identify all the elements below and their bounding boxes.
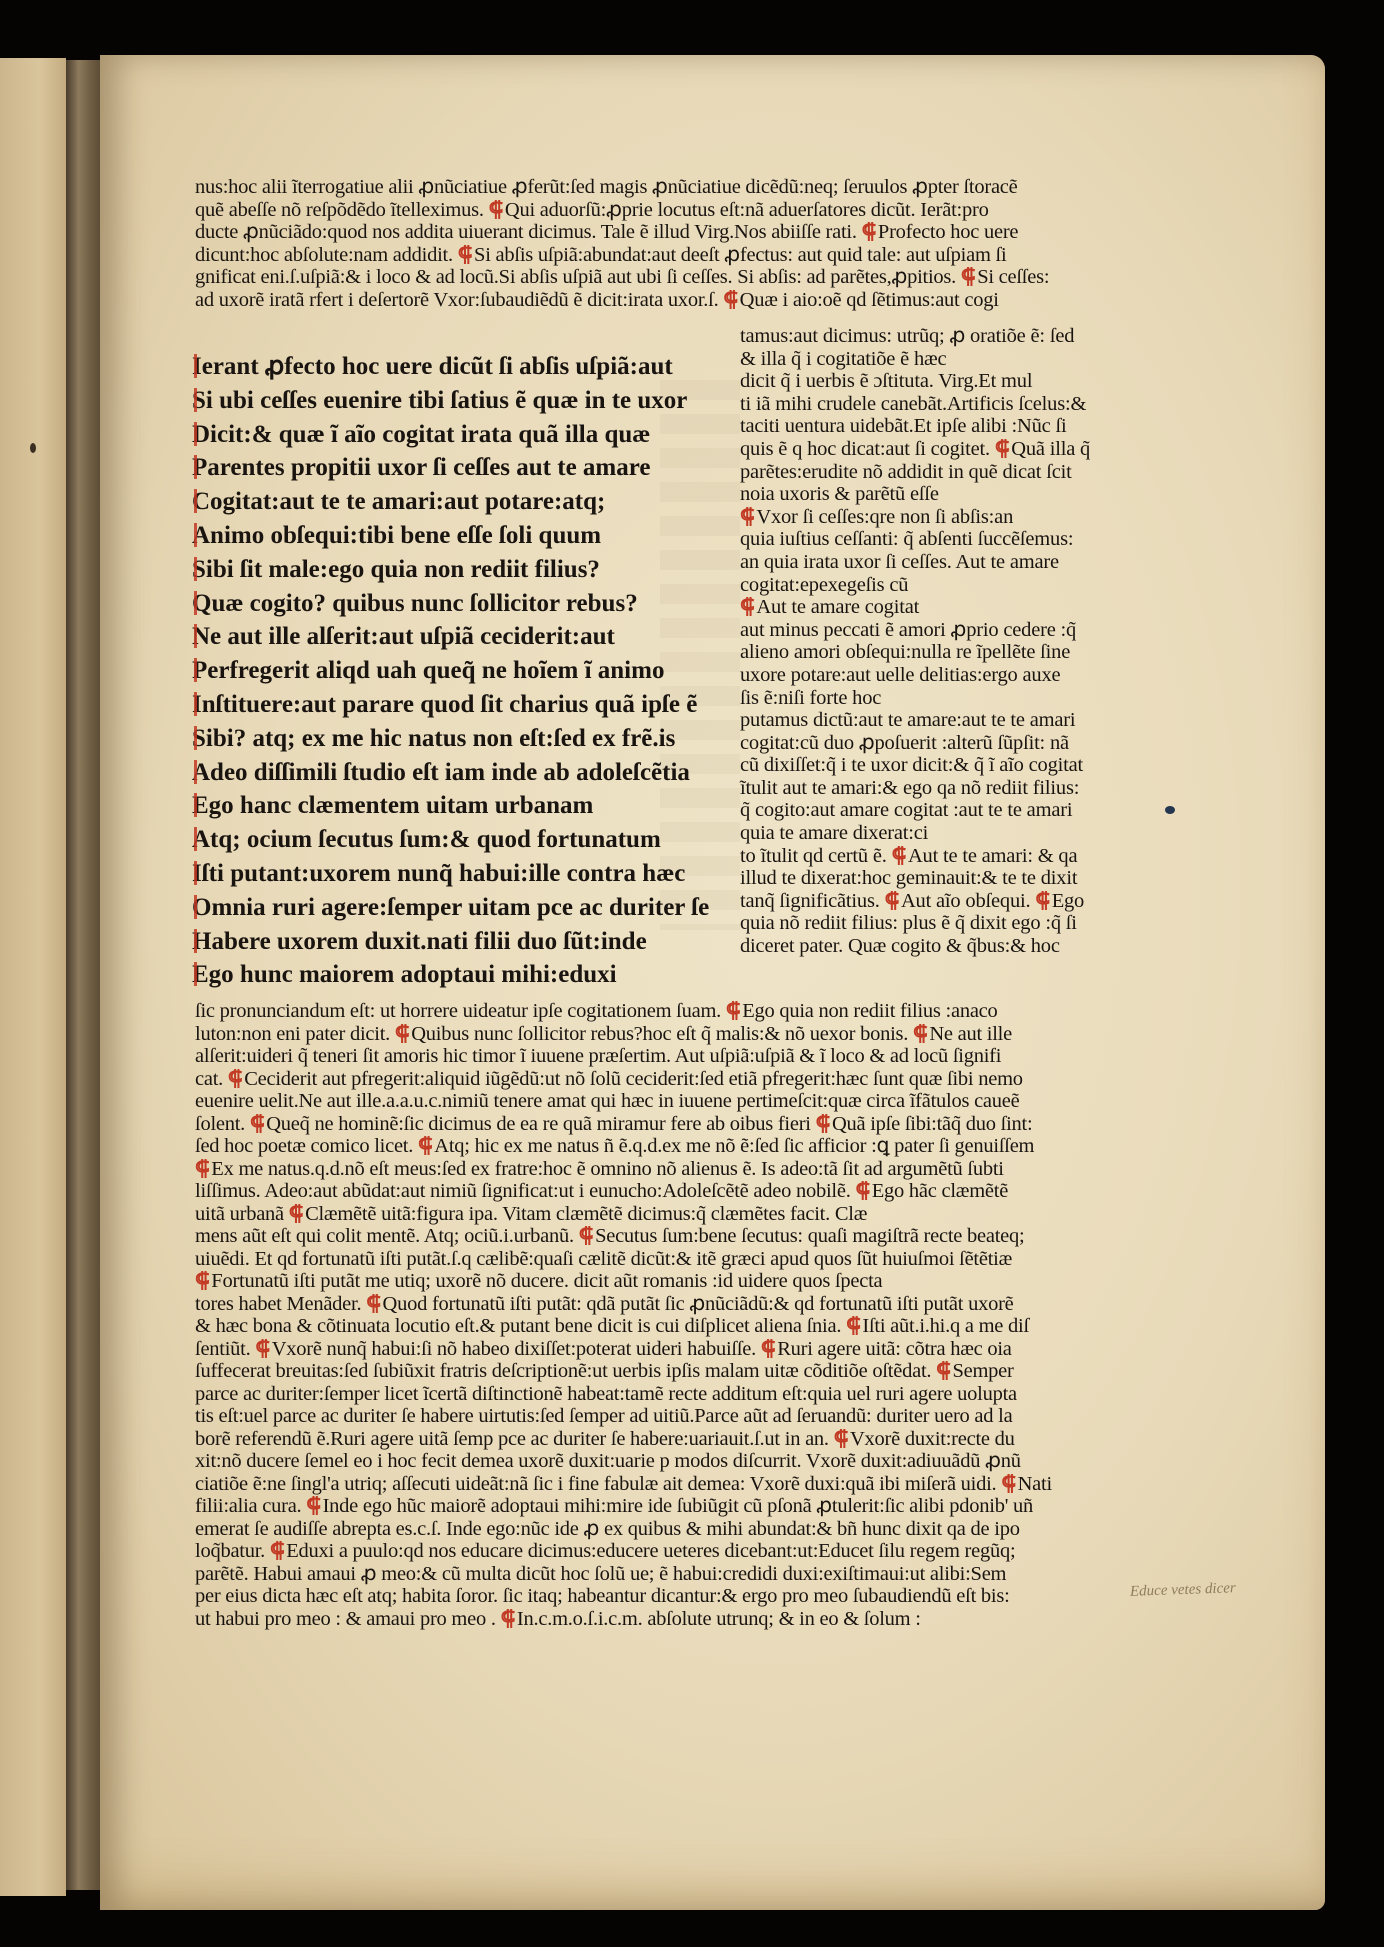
- verse-line: Animo obſequi:tibi bene eſſe ſoli quum: [192, 519, 709, 553]
- commentary-line: cogitat:cũ duo ꝓpoſuerit :alterũ ſũpſit:…: [740, 732, 1090, 755]
- rubric-paragraph-mark-icon: ⸿: [816, 1113, 830, 1135]
- commentary-line: parẽtes:erudite nõ addidit in quẽ dicat …: [740, 461, 1090, 484]
- commentary-line: loq̃batur. ⸿Eduxi a puulo:qd nos educare…: [195, 1540, 1135, 1563]
- commentary-line: alſerit:uideri q̃ teneri ſit amoris hic …: [195, 1045, 1135, 1068]
- commentary-line: ſed hoc poetæ comico licet. ⸿Atq; hic ex…: [195, 1135, 1135, 1158]
- commentary-line: diceret pater. Quæ cogito & q̃bus:& hoc: [740, 935, 1090, 958]
- verse-line: Ego hunc maiorem adoptaui mihi:eduxi: [192, 958, 709, 992]
- commentary-line: ti iã mihi crudele canebãt.Artificis ſce…: [740, 393, 1090, 416]
- commentary-line: dicit q̃ i uerbis ẽ ɔſtituta. Virg.Et mu…: [740, 370, 1090, 393]
- commentary-line: cũ dixiſſet:q̃ i te uxor dicit:& q̃ ĩ aĩ…: [740, 754, 1090, 777]
- commentary-line: ſolent. ⸿Queq̃ ne hominẽ:ſic dicimus de …: [195, 1113, 1135, 1136]
- commentary-line: quia te amare dixerat:ci: [740, 822, 1090, 845]
- commentary-line: tis eſt:uel parce ac duriter ſe habere u…: [195, 1405, 1135, 1428]
- commentary-line: quẽ abeſſe nõ reſpõdẽdo ĩtelleximus. ⸿Qu…: [195, 199, 1135, 222]
- commentary-right-column: tamus:aut dicimus: utrũq; ꝓ oratiõe ẽ: ſ…: [740, 325, 1090, 958]
- commentary-line: aut minus peccati ẽ amori ꝓprio cedere :…: [740, 619, 1090, 642]
- commentary-line: nus:hoc alii ĩterrogatiue alii ꝓnũciatiu…: [195, 176, 1135, 199]
- commentary-line: ⸿Fortunatũ iſti putãt me utiq; uxorẽ nõ …: [195, 1270, 1135, 1293]
- commentary-line: taciti uentura uidebãt.Et ipſe alibi :Nũ…: [740, 415, 1090, 438]
- commentary-line: filii:alia cura. ⸿Inde ego hũc maiorẽ ad…: [195, 1495, 1135, 1518]
- commentary-line: ſentiũt. ⸿Vxorẽ nunq̃ habui:ſi nõ habeo …: [195, 1338, 1135, 1361]
- commentary-line: ut habui pro meo : & amaui pro meo . ⸿In…: [195, 1608, 1135, 1631]
- verse-line: Habere uxorem duxit.nati filii duo ſũt:i…: [192, 925, 709, 959]
- commentary-line: tanq̃ ſignificãtius. ⸿Aut aĩo obſequi. ⸿…: [740, 890, 1090, 913]
- verse-line: Ego hanc clæmentem uitam urbanam: [192, 789, 709, 823]
- commentary-line: cogitat:epexegeſis cũ: [740, 574, 1090, 597]
- commentary-line: ĩtulit aut te amari:& ego qa nõ rediit f…: [740, 777, 1090, 800]
- commentary-line: quia nõ rediit filius: plus ẽ q̃ dixit e…: [740, 912, 1090, 935]
- rubric-paragraph-mark-icon: ⸿: [228, 1068, 242, 1090]
- rubric-paragraph-mark-icon: ⸿: [1035, 890, 1049, 912]
- commentary-line: emerat ſe audiſſe abrepta es.c.ſ. Inde e…: [195, 1518, 1135, 1541]
- commentary-line: per eius dicta hæc eſt atq; habita ſoror…: [195, 1585, 1135, 1608]
- verse-line: Quæ cogito? quibus nunc ſollicitor rebus…: [192, 587, 709, 621]
- rubric-paragraph-mark-icon: ⸿: [195, 1270, 209, 1292]
- commentary-line: q̃ cogito:aut amare cogitat :aut te te a…: [740, 799, 1090, 822]
- verse-line: Sibi? atq; ex me hic natus non eſt:ſed e…: [192, 722, 709, 756]
- commentary-line: luton:non eni pater dicit. ⸿Quibus nunc …: [195, 1023, 1135, 1046]
- commentary-line: mens aũt eſt qui colit mentẽ. Atq; ociũ.…: [195, 1225, 1135, 1248]
- rubric-paragraph-mark-icon: ⸿: [395, 1023, 409, 1045]
- verse-line: Cogitat:aut te te amari:aut potare:atq;: [192, 485, 709, 519]
- rubric-paragraph-mark-icon: ⸿: [740, 596, 754, 618]
- verse-line: Adeo diſſimili ſtudio eſt iam inde ab ad…: [192, 756, 709, 790]
- commentary-line: ⸿Aut te amare cogitat: [740, 596, 1090, 619]
- commentary-line: liſſimus. Adeo:aut abũdat:aut nimiũ ſign…: [195, 1180, 1135, 1203]
- ink-blot: [30, 443, 36, 453]
- commentary-line: cat. ⸿Ceciderit aut pfregerit:aliquid iũ…: [195, 1068, 1135, 1091]
- commentary-line: ſic pronunciandum eſt: ut horrere uideat…: [195, 1000, 1135, 1023]
- commentary-line: uiuẽdi. Et qd fortunatũ iſti putãt.ſ.q c…: [195, 1248, 1135, 1271]
- commentary-line: uxore potare:aut uelle delitias:ergo aux…: [740, 664, 1090, 687]
- rubric-paragraph-mark-icon: ⸿: [740, 506, 754, 528]
- rubric-paragraph-mark-icon: ⸿: [723, 289, 737, 311]
- rubric-paragraph-mark-icon: ⸿: [289, 1203, 303, 1225]
- commentary-line: ſuffecerat breuitas:ſed ſubiũxit fratris…: [195, 1360, 1135, 1383]
- commentary-line: dicunt:hoc abſolute:nam addidit. ⸿Si abſ…: [195, 244, 1135, 267]
- commentary-line: ad uxorẽ iratã rfert i deſertorẽ Vxor:ſu…: [195, 289, 1135, 312]
- commentary-line: ciatiõe ẽ:ne ſingl'a utriq; aſſecuti uid…: [195, 1473, 1135, 1496]
- rubric-paragraph-mark-icon: ⸿: [489, 199, 503, 221]
- rubric-paragraph-mark-icon: ⸿: [458, 244, 472, 266]
- commentary-line: xit:nõ ducere ſemel eo i hoc fecit demea…: [195, 1450, 1135, 1473]
- rubric-paragraph-mark-icon: ⸿: [306, 1495, 320, 1517]
- verse-line: Ierant ꝓfecto hoc uere dicũt ſi abſis uſ…: [192, 350, 709, 384]
- commentary-line: quis ẽ q hoc dicat:aut ſi cogitet. ⸿Quã …: [740, 438, 1090, 461]
- verse-line: Si ubi ceſſes euenire tibi ſatius ẽ quæ …: [192, 384, 709, 418]
- verse-line: Inſtituere:aut parare quod ſit charius q…: [192, 688, 709, 722]
- rubric-paragraph-mark-icon: ⸿: [995, 438, 1009, 460]
- verse-line: Iſti putant:uxorem nunq̃ habui:ille cont…: [192, 857, 709, 891]
- rubric-paragraph-mark-icon: ⸿: [250, 1113, 264, 1135]
- commentary-line: ⸿Ex me natus.q.d.nõ eſt meus:ſed ex frat…: [195, 1158, 1135, 1181]
- rubric-paragraph-mark-icon: ⸿: [1001, 1473, 1015, 1495]
- commentary-line: to ĩtulit qd certũ ẽ. ⸿Aut te te amari: …: [740, 845, 1090, 868]
- commentary-line: noia uxoris & parẽtũ eſſe: [740, 483, 1090, 506]
- rubric-paragraph-mark-icon: ⸿: [862, 221, 876, 243]
- rubric-paragraph-mark-icon: ⸿: [418, 1135, 432, 1157]
- commentary-line: tamus:aut dicimus: utrũq; ꝓ oratiõe ẽ: ſ…: [740, 325, 1090, 348]
- rubric-paragraph-mark-icon: ⸿: [501, 1608, 515, 1630]
- commentary-line: euenire uelit.Ne aut ille.a.a.u.c.nimiũ …: [195, 1090, 1135, 1113]
- rubric-paragraph-mark-icon: ⸿: [270, 1540, 284, 1562]
- commentary-line: gnificat eni.ſ.uſpiã:& i loco & ad locũ.…: [195, 266, 1135, 289]
- rubric-paragraph-mark-icon: ⸿: [834, 1428, 848, 1450]
- rubric-paragraph-mark-icon: ⸿: [885, 890, 899, 912]
- commentary-line: uitã urbanã ⸿Clæmẽtẽ uitã:figura ipa. Vi…: [195, 1203, 1135, 1226]
- commentary-line: & hæc bona & cõtinuata locutio eſt.& put…: [195, 1315, 1135, 1338]
- ink-blot: [1165, 806, 1175, 814]
- commentary-line: ⸿Vxor ſi ceſſes:qre non ſi abſis:an: [740, 506, 1090, 529]
- rubric-paragraph-mark-icon: ⸿: [855, 1180, 869, 1202]
- rubric-paragraph-mark-icon: ⸿: [579, 1225, 593, 1247]
- commentary-line: an quia irata uxor ſi ceſſes. Aut te ama…: [740, 551, 1090, 574]
- verse-line: Sibi ſit male:ego quia non rediit filius…: [192, 553, 709, 587]
- commentary-line: ſis ẽ:niſi forte hoc: [740, 687, 1090, 710]
- commentary-line: tores habet Menãder. ⸿Quod fortunatũ iſt…: [195, 1293, 1135, 1316]
- rubric-paragraph-mark-icon: ⸿: [195, 1158, 209, 1180]
- previous-leaf-edge: [0, 58, 66, 1896]
- rubric-paragraph-mark-icon: ⸿: [913, 1023, 927, 1045]
- commentary-top: nus:hoc alii ĩterrogatiue alii ꝓnũciatiu…: [195, 176, 1135, 311]
- play-text-verse: Ierant ꝓfecto hoc uere dicũt ſi abſis uſ…: [192, 350, 709, 992]
- commentary-line: borẽ referendũ ẽ.Ruri agere uitã ſemp pc…: [195, 1428, 1135, 1451]
- rubric-paragraph-mark-icon: ⸿: [961, 266, 975, 288]
- commentary-line: quia iuſtius ceſſanti: q̃ abſenti ſuccẽſ…: [740, 528, 1090, 551]
- commentary-line: & illa q̃ i cogitatiõe ẽ hæc: [740, 348, 1090, 371]
- rubric-paragraph-mark-icon: ⸿: [892, 845, 906, 867]
- rubric-paragraph-mark-icon: ⸿: [255, 1338, 269, 1360]
- commentary-line: parẽtẽ. Habui amaui ꝓ meo:& cũ multa dic…: [195, 1563, 1135, 1586]
- rubric-paragraph-mark-icon: ⸿: [761, 1338, 775, 1360]
- verse-line: Atq; ocium ſecutus ſum:& quod fortunatum: [192, 823, 709, 857]
- verse-line: Dicit:& quæ ĩ aĩo cogitat irata quã illa…: [192, 418, 709, 452]
- commentary-line: illud te dixerat:hoc geminauit:& te te d…: [740, 867, 1090, 890]
- commentary-line: parce ac duriter:ſemper licet ĩcertã diſ…: [195, 1383, 1135, 1406]
- binding-gutter: [66, 60, 102, 1890]
- commentary-line: alieno amori obſequi:nulla re ĩpellẽte ſ…: [740, 641, 1090, 664]
- commentary-line: putamus dictũ:aut te amare:aut te te ama…: [740, 709, 1090, 732]
- verse-line: Omnia ruri agere:ſemper uitam pce ac dur…: [192, 891, 709, 925]
- verse-line: Ne aut ille alſerit:aut uſpiã ceciderit:…: [192, 620, 709, 654]
- rubric-paragraph-mark-icon: ⸿: [936, 1360, 950, 1382]
- commentary-bottom: ſic pronunciandum eſt: ut horrere uideat…: [195, 1000, 1135, 1630]
- rubric-paragraph-mark-icon: ⸿: [846, 1315, 860, 1337]
- commentary-line: ducte ꝓnũciãdo:quod nos addita uiuerant …: [195, 221, 1135, 244]
- verse-line: Parentes propitii uxor ſi ceſſes aut te …: [192, 451, 709, 485]
- rubric-paragraph-mark-icon: ⸿: [366, 1293, 380, 1315]
- rubric-paragraph-mark-icon: ⸿: [726, 1000, 740, 1022]
- verse-line: Perfregerit aliqd uah queq̃ ne hoĩem ĩ a…: [192, 654, 709, 688]
